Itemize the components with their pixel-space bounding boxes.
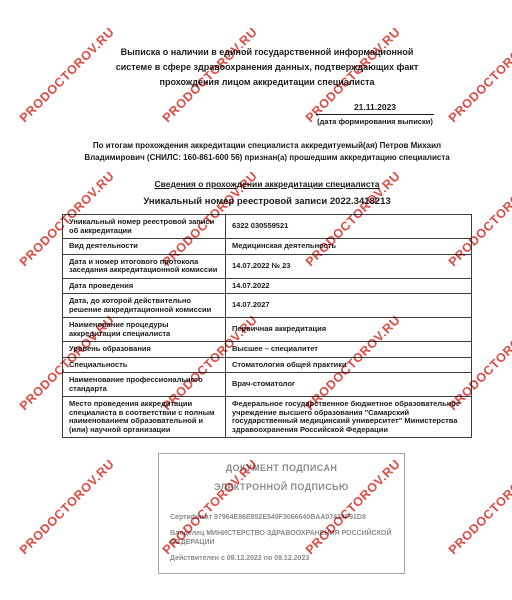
table-row: Наименование процедуры аккредитации спец… bbox=[63, 318, 472, 342]
formation-date-label: (дата формирования выписки) bbox=[316, 115, 434, 126]
row-label: Уровень образования bbox=[63, 342, 226, 358]
document-title: Выписка о наличии в единой государственн… bbox=[111, 45, 423, 90]
row-label: Дата и номер итогового протокола заседан… bbox=[63, 254, 226, 278]
accreditation-details-table: Уникальный номер реестровой записи об ак… bbox=[62, 214, 472, 438]
signature-certificate: Сертификат 97964E86E852E549F3066640BAA07… bbox=[170, 513, 393, 523]
table-row: Дата, до которой действительно решение а… bbox=[63, 294, 472, 318]
table-row: Дата проведения14.07.2022 bbox=[63, 278, 472, 294]
electronic-signature-stamp: ДОКУМЕНТ ПОДПИСАН ЭЛЕКТРОННОЙ ПОДПИСЬЮ С… bbox=[158, 453, 405, 574]
extract-document: Выписка о наличии в единой государственн… bbox=[62, 45, 472, 574]
row-value: Высшее – специалитет bbox=[226, 342, 472, 358]
row-value: Первичная аккредитация bbox=[226, 318, 472, 342]
signature-owner: Владелец МИНИСТЕРСТВО ЗДРАВООХРАНЕНИЯ РО… bbox=[170, 529, 393, 548]
row-label: Наименование процедуры аккредитации спец… bbox=[63, 318, 226, 342]
registry-record-number: Уникальный номер реестровой записи 2022.… bbox=[62, 196, 472, 207]
table-row: Вид деятельностиМедицинская деятельность bbox=[63, 239, 472, 255]
document-page: PRODOCTOROV.RUPRODOCTOROV.RUPRODOCTOROV.… bbox=[0, 0, 512, 600]
section-title: Сведения о прохождении аккредитации спец… bbox=[62, 179, 472, 189]
accreditation-table-body: Уникальный номер реестровой записи об ак… bbox=[63, 215, 472, 438]
row-value: Медицинская деятельность bbox=[226, 239, 472, 255]
row-value: 14.07.2027 bbox=[226, 294, 472, 318]
row-value: 14.07.2022 bbox=[226, 278, 472, 294]
table-row: Место проведения аккредитации специалист… bbox=[63, 397, 472, 438]
row-label: Место проведения аккредитации специалист… bbox=[63, 397, 226, 438]
table-row: СпециальностьСтоматология общей практики bbox=[63, 357, 472, 373]
formation-date-block: 21.11.2023 (дата формирования выписки) bbox=[316, 102, 434, 126]
row-label: Вид деятельности bbox=[63, 239, 226, 255]
row-label: Специальность bbox=[63, 357, 226, 373]
row-value: 14.07.2022 № 23 bbox=[226, 254, 472, 278]
signature-heading-line1: ДОКУМЕНТ ПОДПИСАН bbox=[170, 463, 393, 473]
row-label: Уникальный номер реестровой записи об ак… bbox=[63, 215, 226, 239]
row-label: Дата проведения bbox=[63, 278, 226, 294]
table-row: Уникальный номер реестровой записи об ак… bbox=[63, 215, 472, 239]
row-label: Дата, до которой действительно решение а… bbox=[63, 294, 226, 318]
table-row: Наименование профессионального стандарта… bbox=[63, 373, 472, 397]
signature-heading-line2: ЭЛЕКТРОННОЙ ПОДПИСЬЮ bbox=[170, 482, 393, 492]
row-value: Стоматология общей практики bbox=[226, 357, 472, 373]
table-row: Уровень образованияВысшее – специалитет bbox=[63, 342, 472, 358]
row-value: Федеральное государственное бюджетное об… bbox=[226, 397, 472, 438]
formation-date: 21.11.2023 bbox=[316, 102, 434, 115]
signature-validity: Действителен с 09.12.2022 по 09.12.2023 bbox=[170, 554, 393, 564]
row-value: 6322 030559521 bbox=[226, 215, 472, 239]
row-value: Врач-стоматолог bbox=[226, 373, 472, 397]
row-label: Наименование профессионального стандарта bbox=[63, 373, 226, 397]
accreditation-result-paragraph: По итогам прохождения аккредитации специ… bbox=[62, 140, 472, 164]
table-row: Дата и номер итогового протокола заседан… bbox=[63, 254, 472, 278]
